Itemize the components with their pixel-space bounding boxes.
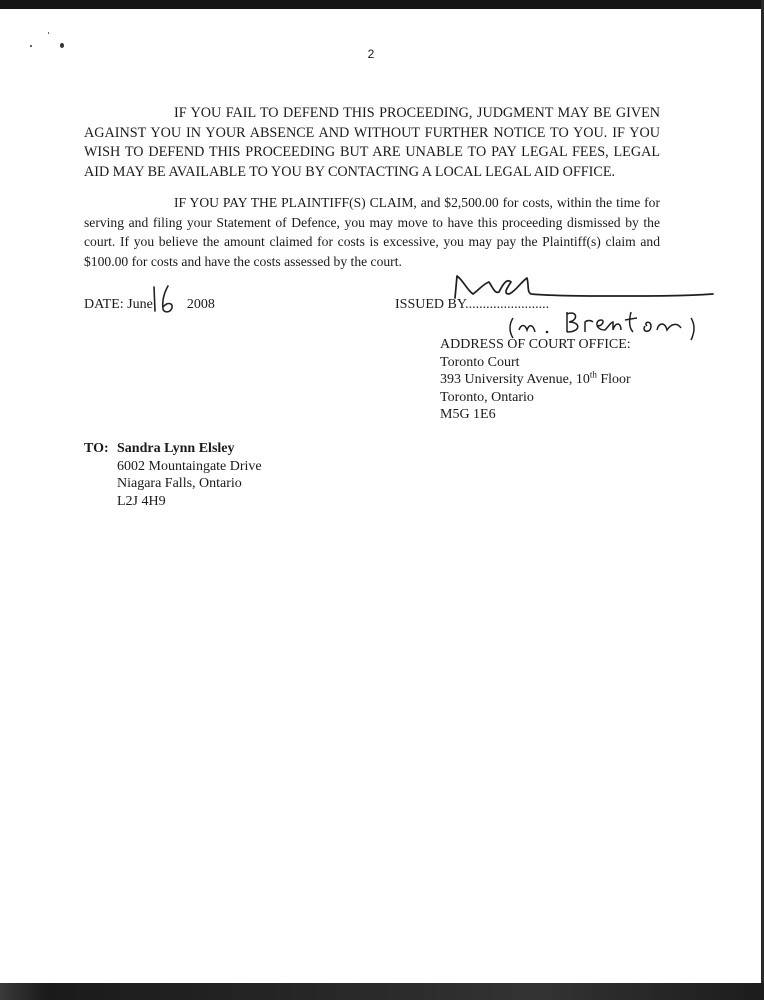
- to-label: TO:: [84, 440, 109, 458]
- date-month: June: [127, 297, 153, 312]
- handwritten-day: [150, 285, 180, 317]
- court-name: Toronto Court: [440, 354, 631, 372]
- court-street: 393 University Avenue, 10th Floor: [440, 371, 631, 389]
- recipient-street: 6002 Mountaingate Drive: [117, 458, 262, 476]
- date-year: 2008: [187, 297, 215, 312]
- court-postal-code: M5G 1E6: [440, 406, 631, 424]
- scan-border-top: [0, 0, 764, 9]
- recipient-city: Niagara Falls, Ontario: [117, 475, 262, 493]
- scan-border-bottom: [0, 983, 764, 1000]
- address-heading: ADDRESS OF COURT OFFICE:: [440, 336, 631, 354]
- court-office-address: ADDRESS OF COURT OFFICE: Toronto Court 3…: [440, 336, 631, 424]
- recipient-postal-code: L2J 4H9: [117, 493, 262, 511]
- date-label: DATE:: [84, 297, 124, 312]
- costs-notice: IF YOU PAY THE PLAINTIFF(S) CLAIM, and $…: [84, 193, 660, 271]
- page-number: 2: [0, 47, 742, 61]
- scan-speck: [48, 32, 49, 34]
- recipient-name: Sandra Lynn Elsley: [117, 440, 262, 458]
- court-city: Toronto, Ontario: [440, 389, 631, 407]
- default-judgment-notice: IF YOU FAIL TO DEFEND THIS PROCEEDING, J…: [84, 104, 660, 182]
